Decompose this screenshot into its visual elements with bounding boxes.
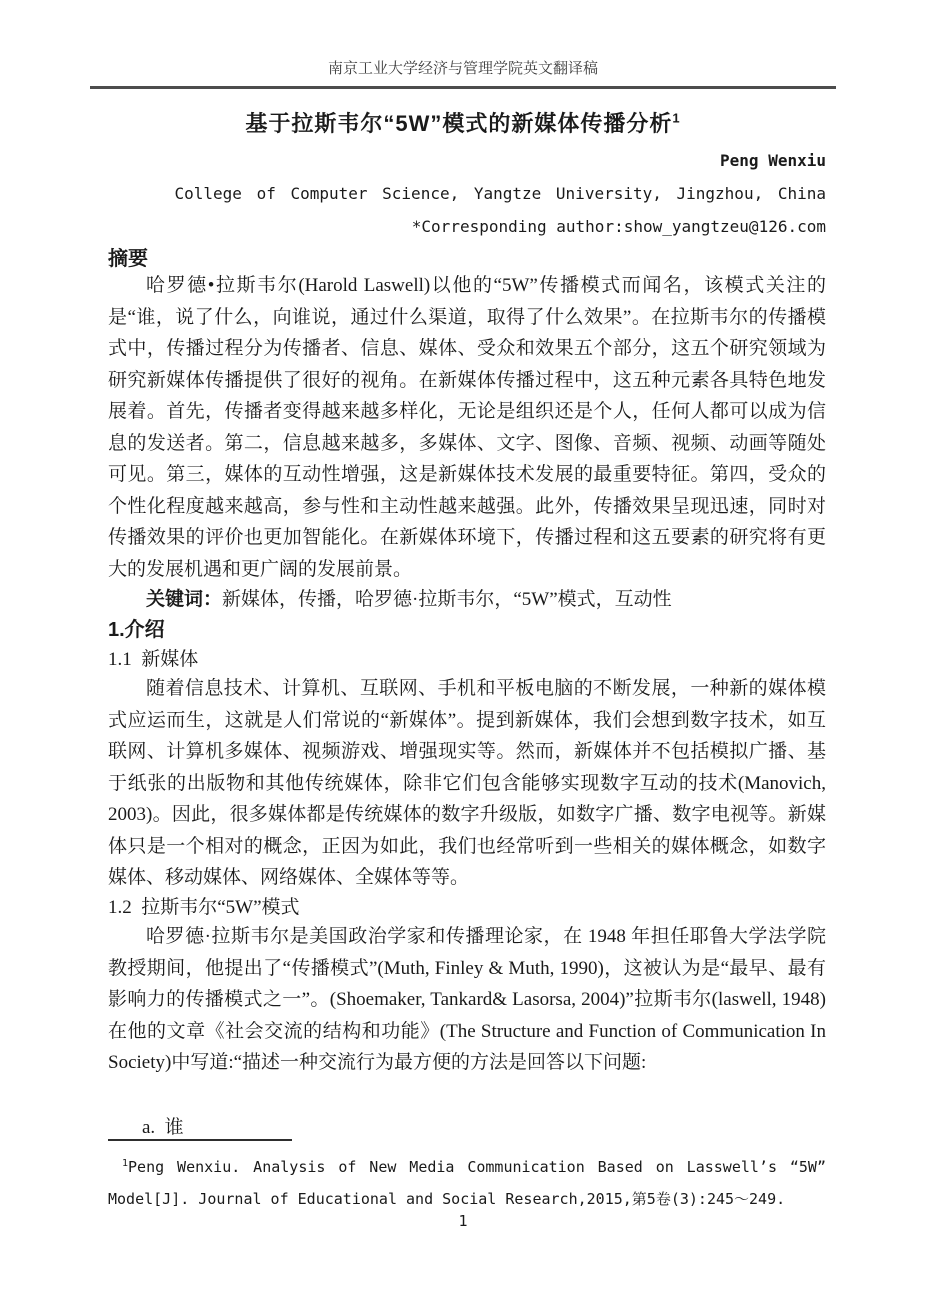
keywords-label: 关键词： [146, 589, 222, 610]
corresponding-author-email: *Corresponding author:show_yangtzeu@126.… [108, 217, 826, 236]
document-title-text: 基于拉斯韦尔“5W”模式的新媒体传播分析 [245, 111, 672, 136]
section-1-2-paragraph: 哈罗德·拉斯韦尔是美国政治学家和传播理论家，在 1948 年担任耶鲁大学法学院教… [108, 921, 826, 1079]
keywords-line: 关键词：新媒体，传播，哈罗德·拉斯韦尔，“5W”模式，互动性 [108, 584, 826, 616]
abstract-paragraph: 哈罗德•拉斯韦尔(Harold Laswell)以他的“5W”传播模式而闻名，该… [108, 270, 826, 585]
section-1-1-paragraph: 随着信息技术、计算机、互联网、手机和平板电脑的不断发展，一种新的媒体模式应运而生… [108, 673, 826, 894]
document-page: 南京工业大学经济与管理学院英文翻译稿 基于拉斯韦尔“5W”模式的新媒体传播分析1… [0, 0, 926, 1309]
list-item-a-who: a. 谁 [142, 1112, 184, 1139]
page-number: 1 [0, 1212, 926, 1230]
abstract-heading: 摘要 [108, 242, 148, 271]
footnote-separator [108, 1139, 292, 1141]
author-name: Peng Wenxiu [108, 151, 826, 170]
section-1-2-heading: 1.2 拉斯韦尔“5W”模式 [108, 892, 300, 919]
section-1-1-heading: 1.1 新媒体 [108, 644, 198, 671]
title-footnote-ref: 1 [672, 111, 680, 126]
keywords-text: 新媒体，传播，哈罗德·拉斯韦尔，“5W”模式，互动性 [222, 589, 672, 610]
document-title: 基于拉斯韦尔“5W”模式的新媒体传播分析1 [0, 107, 926, 138]
header-divider [90, 86, 836, 89]
section-1-heading: 1.介绍 [108, 613, 165, 642]
footnote: 1Peng Wenxiu. Analysis of New Media Comm… [108, 1148, 826, 1215]
page-header-title: 南京工业大学经济与管理学院英文翻译稿 [0, 57, 926, 78]
footnote-citation-text: Peng Wenxiu. Analysis of New Media Commu… [108, 1158, 826, 1208]
author-affiliation: College of Computer Science, Yangtze Uni… [108, 184, 826, 203]
